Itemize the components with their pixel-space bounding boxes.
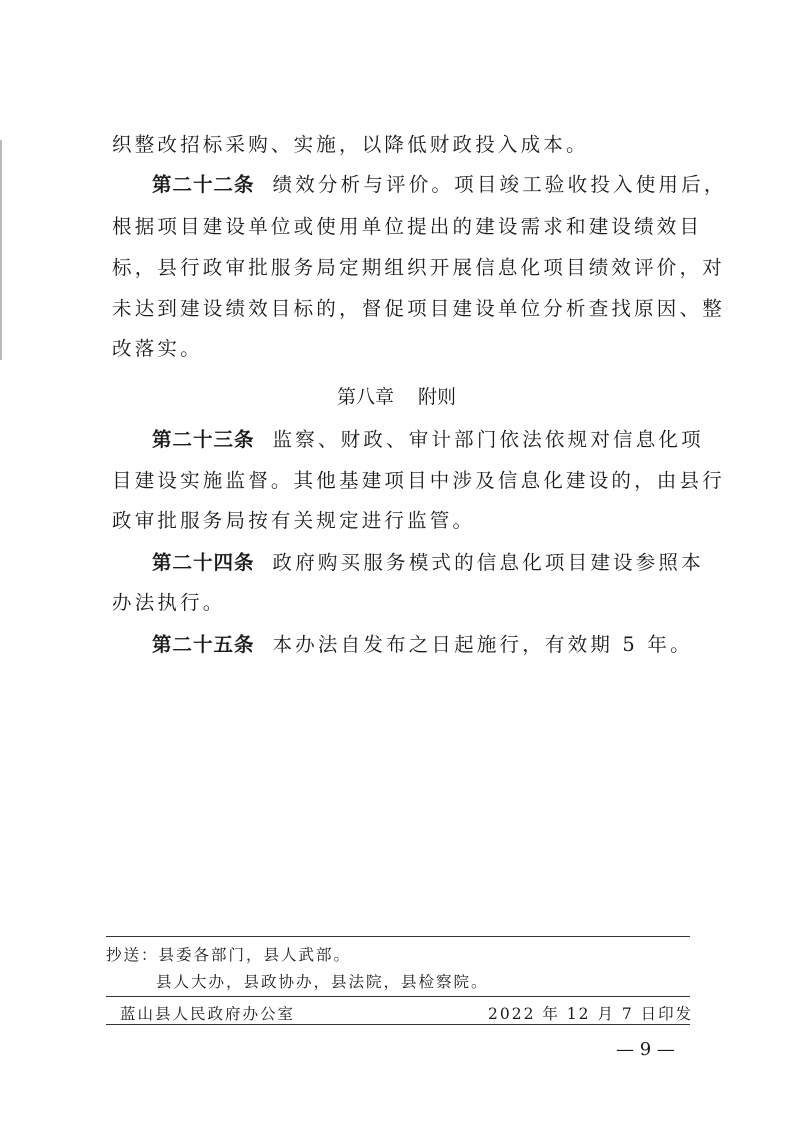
article-heading: 第二十二条 <box>152 173 255 196</box>
article-23: 第二十三条监察、财政、审计部门依法依规对信息化项 <box>152 428 732 452</box>
paragraph-line: 织整改招标采购、实施，以降低财政投入成本。 <box>112 133 692 157</box>
article-heading: 第二十五条 <box>152 633 255 656</box>
paragraph-line: 根据项目建设单位或使用单位提出的建设需求和建设绩效目 <box>112 215 692 239</box>
issuer: 蓝山县人民政府办公室 <box>120 1002 295 1024</box>
paragraph-line: 标，县行政审批服务局定期组织开展信息化项目绩效评价，对 <box>112 256 692 280</box>
paragraph-line: 目建设实施监督。其他基建项目中涉及信息化建设的，由县行 <box>112 469 692 493</box>
issue-date: 2022 年 12 月 7 日印发 <box>488 1002 693 1024</box>
divider <box>106 1024 690 1025</box>
article-heading: 第二十四条 <box>152 551 255 574</box>
article-24: 第二十四条政府购买服务模式的信息化项目建设参照本 <box>152 551 732 575</box>
paragraph-line: 政审批服务局按有关规定进行监管。 <box>112 509 692 533</box>
page-number: — 9 — <box>616 1039 675 1060</box>
paragraph-line: 办法执行。 <box>112 591 692 615</box>
cc-line-1: 抄送：县委各部门，县人武部。 <box>106 943 351 965</box>
scan-edge <box>0 140 2 360</box>
article-heading: 第二十三条 <box>152 428 255 451</box>
article-25: 第二十五条本办法自发布之日起施行，有效期 5 年。 <box>152 633 732 657</box>
paragraph-line: 未达到建设绩效目标的，督促项目建设单位分析查找原因、整 <box>112 297 692 321</box>
article-22: 第二十二条绩效分析与评价。项目竣工验收投入使用后， <box>152 173 732 197</box>
divider <box>106 936 690 937</box>
paragraph-line: 改落实。 <box>112 337 692 361</box>
divider <box>106 996 690 997</box>
cc-line-2: 县人大办，县政协办，县法院，县检察院。 <box>156 970 489 992</box>
chapter-title: 第八章附则 <box>0 382 793 409</box>
